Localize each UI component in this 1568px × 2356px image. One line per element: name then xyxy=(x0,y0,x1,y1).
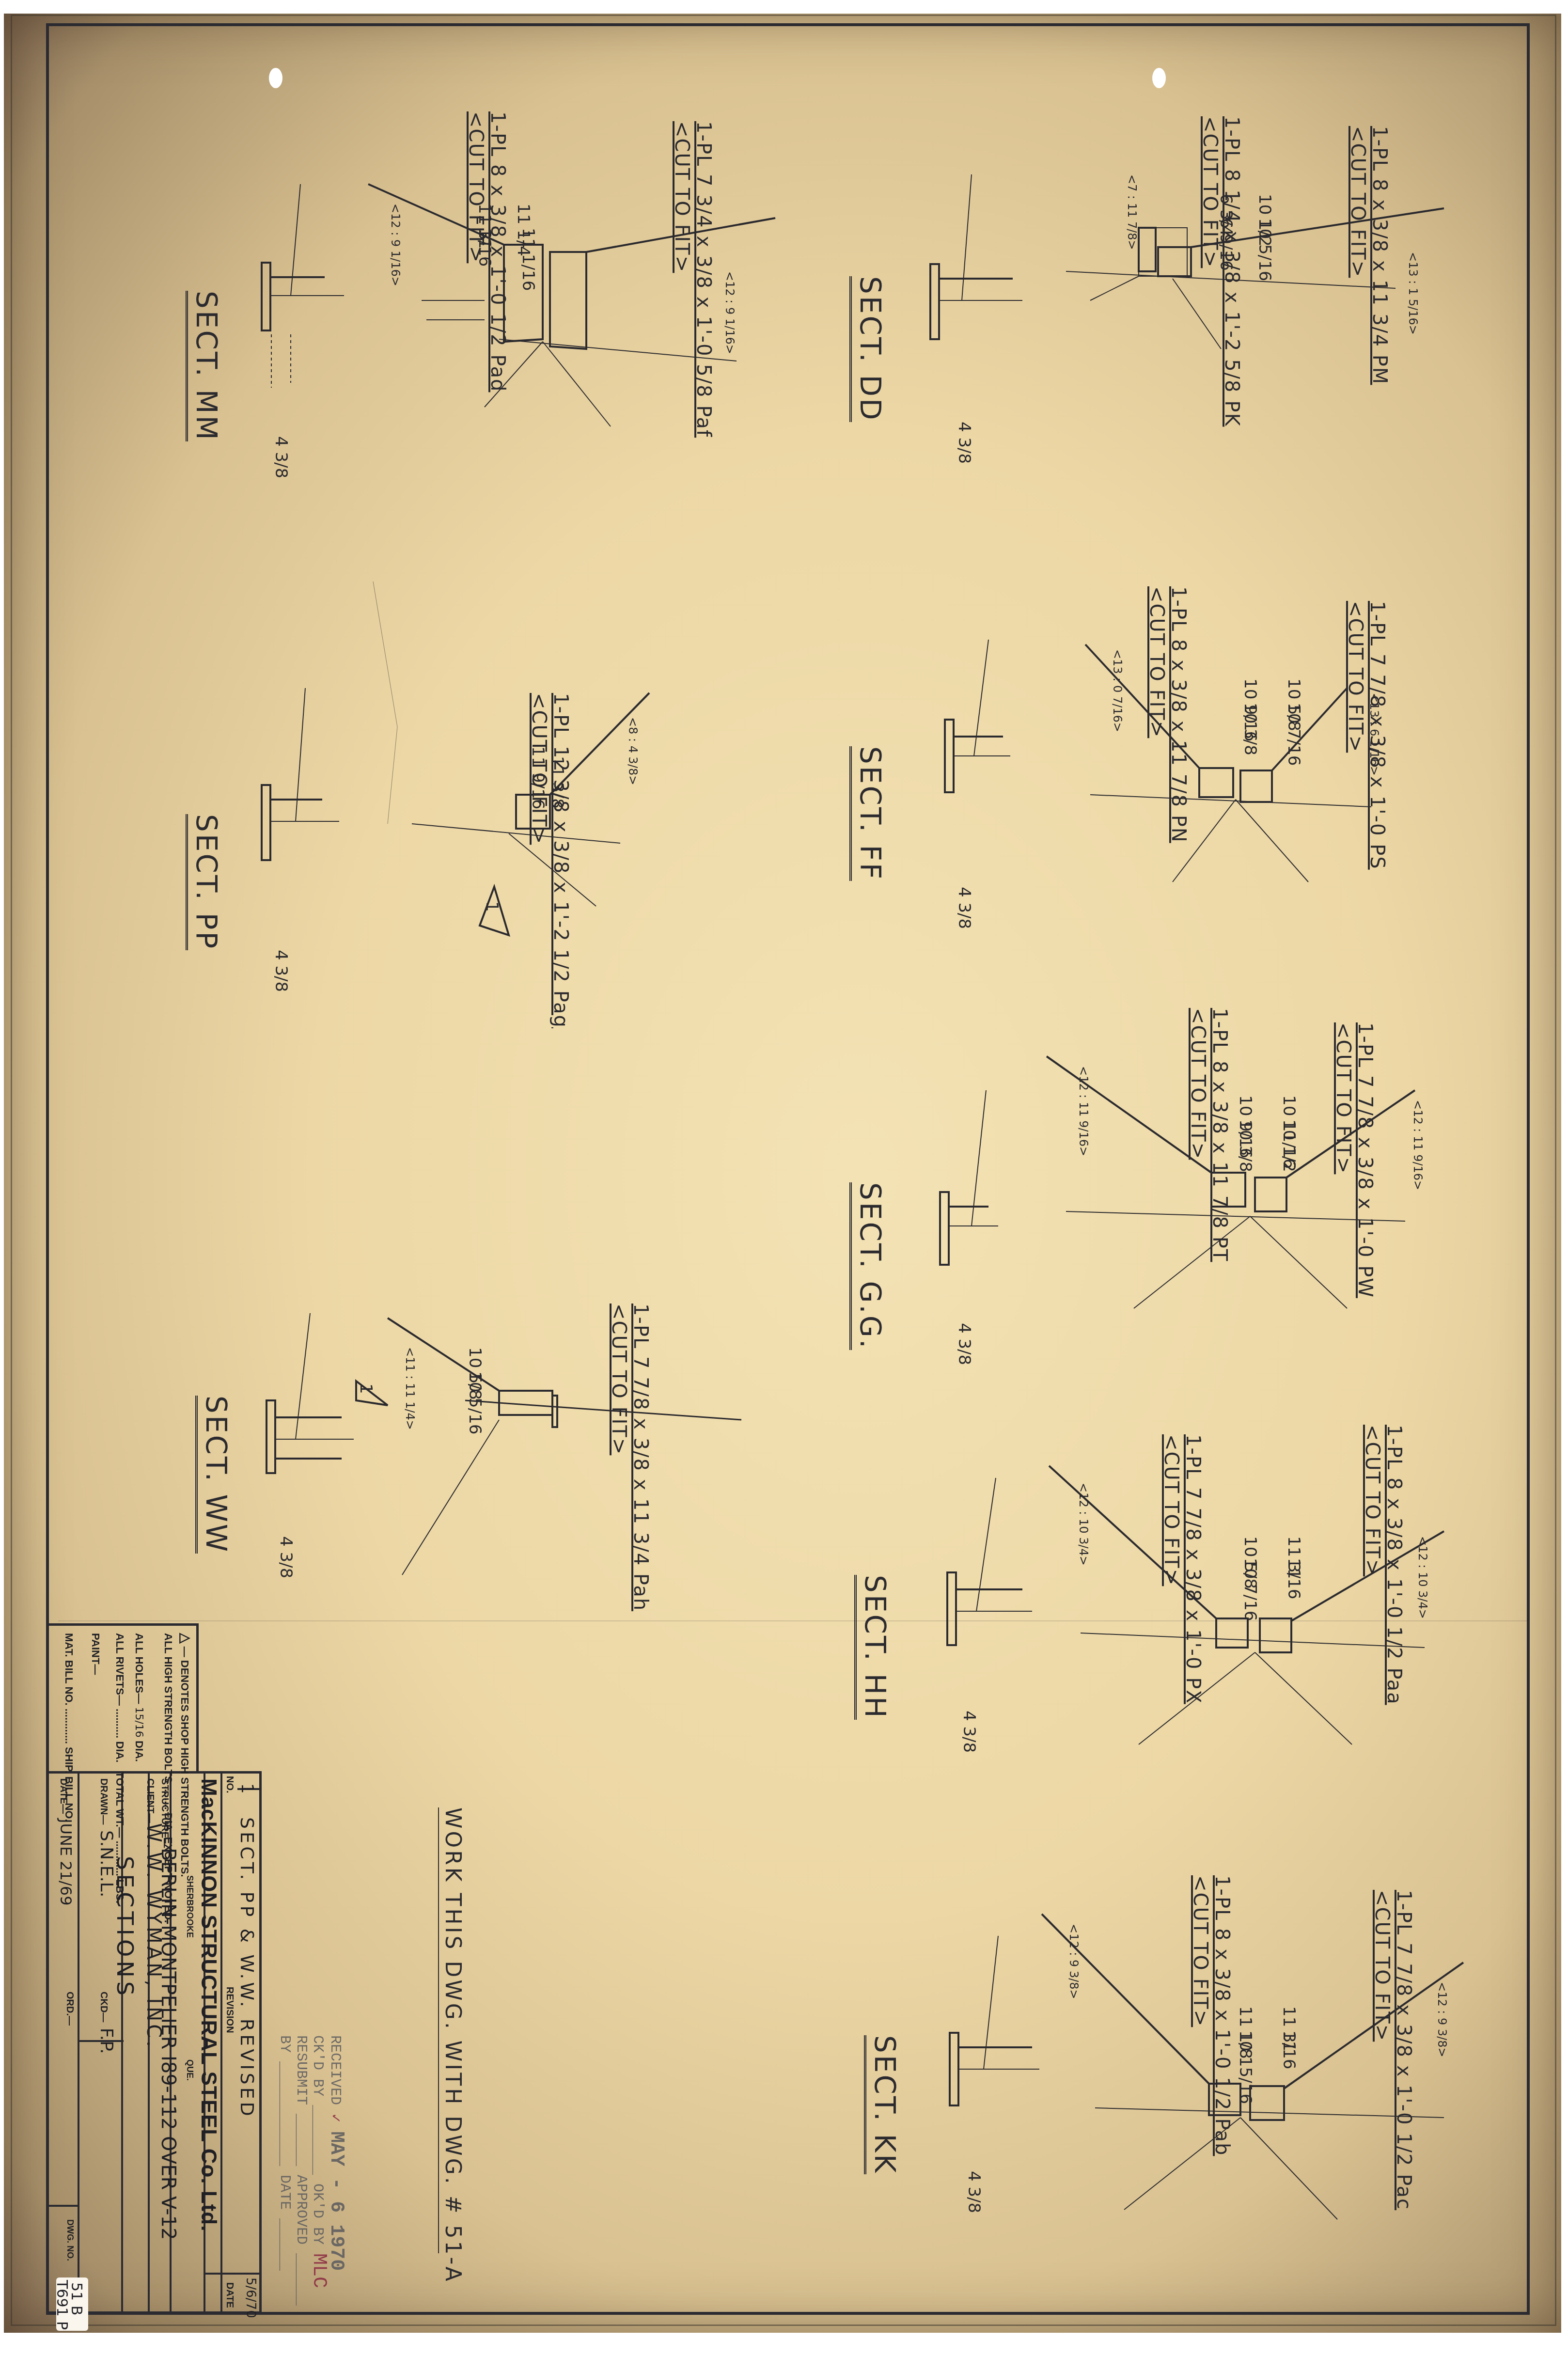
drawn-row: DRAWN— S.N.E.L. xyxy=(96,1778,116,1897)
sect-dd-bevel-2: <13 : 1 5/16> xyxy=(1406,252,1420,335)
sect-ww-detail xyxy=(388,1318,741,1575)
check-mark-icon: ✓ xyxy=(327,2114,343,2122)
sect-gg-plate-1-callout: 1-PL 8 x 3/8 x 11 7/8 PT xyxy=(1208,1008,1231,1262)
stamp-resubmit: RESUBMIT xyxy=(293,2035,309,2105)
sect-kk-plate-2-note: <CUT TO FIT> xyxy=(1371,1890,1393,2042)
legend-triangle-note: △ — DENOTES SHOP HIGH STRENGTH BOLTS. xyxy=(178,1633,194,1877)
sect-pp-profile xyxy=(262,688,339,860)
revision-no-header: NO. xyxy=(224,1776,235,1793)
company-name: MacKINNON STRUCTURAL STEEL Co. Ltd. xyxy=(196,1778,220,2231)
sect-ww-dim: 10 5/16 xyxy=(465,1371,485,1434)
sect-ff-bevel-2: <13 : 6 1/16> xyxy=(1367,693,1381,776)
sect-kk-dim: 10 15/16 xyxy=(1236,2030,1255,2104)
sect-mm-plate-2-callout: 1-PL 7 3/4 x 3/8 x 1'-0 5/8 Paf xyxy=(692,121,715,438)
sect-ff-bevel-1: <13 : 0 7/16> xyxy=(1111,649,1124,732)
sect-pp-bevel-1: <8 : 4 3/8> xyxy=(626,717,640,785)
revision-1-date: 5/6/70 xyxy=(243,2277,258,2318)
sect-mm-label: SECT. MM xyxy=(186,291,223,441)
sect-kk-label: SECT. KK xyxy=(864,2035,901,2174)
revision-triangles xyxy=(356,887,509,1405)
sect-gg-plate-1-note: <CUT TO FIT> xyxy=(1187,1008,1209,1160)
sect-ff-plate-1-note: <CUT TO FIT> xyxy=(1145,586,1168,738)
sect-pp-dim: 11 9/16 xyxy=(528,746,548,809)
sect-ff-profile xyxy=(945,640,1010,792)
sect-gg-elev-dim: 4 3/8 xyxy=(955,1323,974,1365)
work-with-note: WORK THIS DWG. WITH DWG. # 51-A xyxy=(440,1807,465,2284)
drawing-number-bottom: T691 P xyxy=(53,2280,70,2330)
stamp-okd-by: OK'D BY xyxy=(309,2183,326,2245)
sect-kk-bevel-2: <12 : 9 3/8> xyxy=(1435,1982,1449,2058)
stamp-approved: APPROVED xyxy=(293,2175,309,2245)
sect-mm-bevel-1: <12 : 9 1/16> xyxy=(389,204,402,286)
sect-hh-profile xyxy=(947,1478,1032,1645)
sect-pp-label: SECT. PP xyxy=(186,814,223,950)
sect-dd-dim: 6 9/16 xyxy=(1216,218,1236,271)
sect-gg-plate-2-callout: 1-PL 7 7/8 x 3/8 x 1'-0 PW xyxy=(1354,1022,1376,1298)
sect-mm-plate-2-note: <CUT TO FIT> xyxy=(671,121,693,273)
revision-1-text: SECT. PP & W.W. REVISED xyxy=(236,1817,258,2119)
sect-hh-plate-1-callout: 1-PL 7 7/8 x 3/8 x 1'-0 PX xyxy=(1182,1434,1204,1704)
sect-gg-dim: 10 1/2 xyxy=(1279,1119,1299,1172)
stamp-initials: MLC xyxy=(308,2253,329,2288)
sect-hh-dim: 10 7/16 xyxy=(1240,1558,1260,1621)
sect-kk-elev-dim: 4 3/8 xyxy=(964,2171,984,2213)
sect-ww-profile xyxy=(267,1313,354,1473)
stamp-ckd-by: CK'D BY xyxy=(309,2035,326,2096)
ckd-row: CKD— F.P. xyxy=(96,1992,116,2054)
sect-kk-plate-2-callout: 1-PL 7 7/8 x 3/8 x 1'-0 1/2 Pac xyxy=(1393,1890,1415,2210)
sect-dd-plate-2-callout: 1-PL 8 x 3/8 x 11 3/4 PM xyxy=(1368,126,1391,385)
sect-ff-plate-1-callout: 1-PL 8 x 3/8 x 11 7/8 PN xyxy=(1167,586,1190,843)
sect-pp-dim: 11 3/8 xyxy=(548,756,567,809)
sect-ff-dim: 10 3/8 xyxy=(1240,703,1260,755)
sect-ff-plate-2-note: <CUT TO FIT> xyxy=(1344,601,1366,753)
sect-hh-bevel-1: <12 : 10 3/4> xyxy=(1077,1483,1090,1566)
sect-pp-plate-1-callout: 1-PL 12 3/8 x 3/8 x 1'-2 1/2 Pag xyxy=(549,693,572,1028)
sect-hh-plate-2-callout: 1-PL 8 x 3/8 x 1'-0 1/2 Paa xyxy=(1383,1425,1405,1705)
sect-mm-elev-dim: 4 3/8 xyxy=(271,436,291,478)
sect-kk-dim: 11 xyxy=(1279,2030,1299,2051)
sect-kk-plate-1-note: <CUT TO FIT> xyxy=(1189,1875,1211,2027)
sect-ff-label: SECT. FF xyxy=(849,746,887,881)
revision-header: REVISION xyxy=(224,1987,235,2033)
sect-dd-elev-dim: 4 3/8 xyxy=(955,422,974,464)
sect-ww-label: SECT. WW xyxy=(195,1396,233,1554)
sect-kk-plate-1-callout: 1-PL 8 x 3/8 x 1'-0 1/2 Pab xyxy=(1211,1875,1233,2156)
sect-hh-plate-2-note: <CUT TO FIT> xyxy=(1361,1425,1383,1576)
sect-hh-elev-dim: 4 3/8 xyxy=(959,1711,979,1753)
sect-hh-dim: 11 xyxy=(1284,1558,1303,1579)
sect-ff-elev-dim: 4 3/8 xyxy=(955,887,974,929)
sect-hh-plate-1-note: <CUT TO FIT> xyxy=(1160,1434,1182,1586)
sect-pp-elev-dim: 4 3/8 xyxy=(271,950,291,992)
sect-kk-profile xyxy=(950,1936,1039,2105)
sect-mm-dim: 11 xyxy=(475,228,494,249)
stamp-date: MAY - 6 1970 xyxy=(325,2131,347,2271)
sect-ww-plate-1-note: <CUT TO FIT> xyxy=(608,1304,630,1455)
dwg-no-label: DWG. NO. xyxy=(65,2219,75,2261)
revision-1-mark: 1 xyxy=(237,1783,257,1794)
sect-dd-plate-2-note: <CUT TO FIT> xyxy=(1347,126,1369,278)
sect-dd-label: SECT. DD xyxy=(849,276,887,422)
sect-dd-profile xyxy=(930,174,1022,339)
company-province: QUE. xyxy=(185,2059,195,2081)
client-row: CLIENT—W.W. WYMAN, INC. xyxy=(142,1778,165,2050)
sect-gg-bevel-2: <12 : 11 9/16> xyxy=(1411,1100,1425,1190)
all-holes-row: ALL HOLES— 15/16 DIA. xyxy=(133,1633,145,1762)
sect-ww-bevel-1: <11 : 11 1/4> xyxy=(403,1347,417,1430)
sect-ff-detail xyxy=(1085,644,1371,882)
sect-mm-profile xyxy=(262,184,344,388)
sect-dd-dim: 10 5/16 xyxy=(1255,218,1274,281)
sect-gg-bevel-1: <12 : 11 9/16> xyxy=(1077,1066,1090,1156)
sect-hh-label: SECT. HH xyxy=(854,1575,892,1720)
sect-ww-plate-1-callout: 1-PL 7 7/8 x 3/8 x 11 3/4 Pah xyxy=(629,1304,652,1611)
stamp-date-label: DATE xyxy=(276,2175,293,2210)
sect-mm-dim: 11 1/16 xyxy=(518,228,538,291)
sect-dd-plate-1-callout: 1-PL 8 1/4 x 3/8 x 1'-2 5/8 PK xyxy=(1221,116,1243,427)
sect-ff-dim: 10 7/16 xyxy=(1284,703,1303,766)
sect-pp-revision-mark: 1 xyxy=(482,901,502,912)
sect-gg-label: SECT. G.G. xyxy=(849,1182,887,1350)
title-block: △ — DENOTES SHOP HIGH STRENGTH BOLTS. AL… xyxy=(48,1623,262,2314)
date-header: DATE xyxy=(224,2282,235,2308)
sect-gg-profile xyxy=(940,1090,998,1265)
ord-row: ORD.— xyxy=(64,1992,75,2026)
sect-dd-bevel-1: <7 : 11 7/8> xyxy=(1125,174,1139,250)
received-stamp: RECEIVED ✓ MAY - 6 1970 CK'D BY ________… xyxy=(276,2035,344,2306)
drawing-number-top: 51 B xyxy=(68,2282,85,2315)
date-row: DATE— JUNE 21/69 xyxy=(57,1778,75,1906)
paint-row: PAINT— xyxy=(89,1633,102,1675)
sect-kk-bevel-1: <12 : 9 3/8> xyxy=(1067,1924,1081,1999)
company-city: SHERBROOKE xyxy=(185,1875,195,1938)
stamp-received: RECEIVED xyxy=(327,2035,343,2105)
sect-gg-plate-2-note: <CUT TO FIT> xyxy=(1332,1022,1354,1174)
sect-hh-bevel-2: <12 : 10 3/4> xyxy=(1416,1536,1429,1619)
sect-ww-elev-dim: 4 3/8 xyxy=(276,1536,296,1578)
triangle-icon: △ xyxy=(178,1633,193,1644)
stamp-by: BY xyxy=(276,2035,293,2053)
sect-gg-dim: 10 3/8 xyxy=(1236,1119,1255,1172)
sect-mm-bevel-2: <12 : 9 1/16> xyxy=(723,271,737,354)
sect-ww-revision-mark: 1 xyxy=(356,1383,376,1394)
